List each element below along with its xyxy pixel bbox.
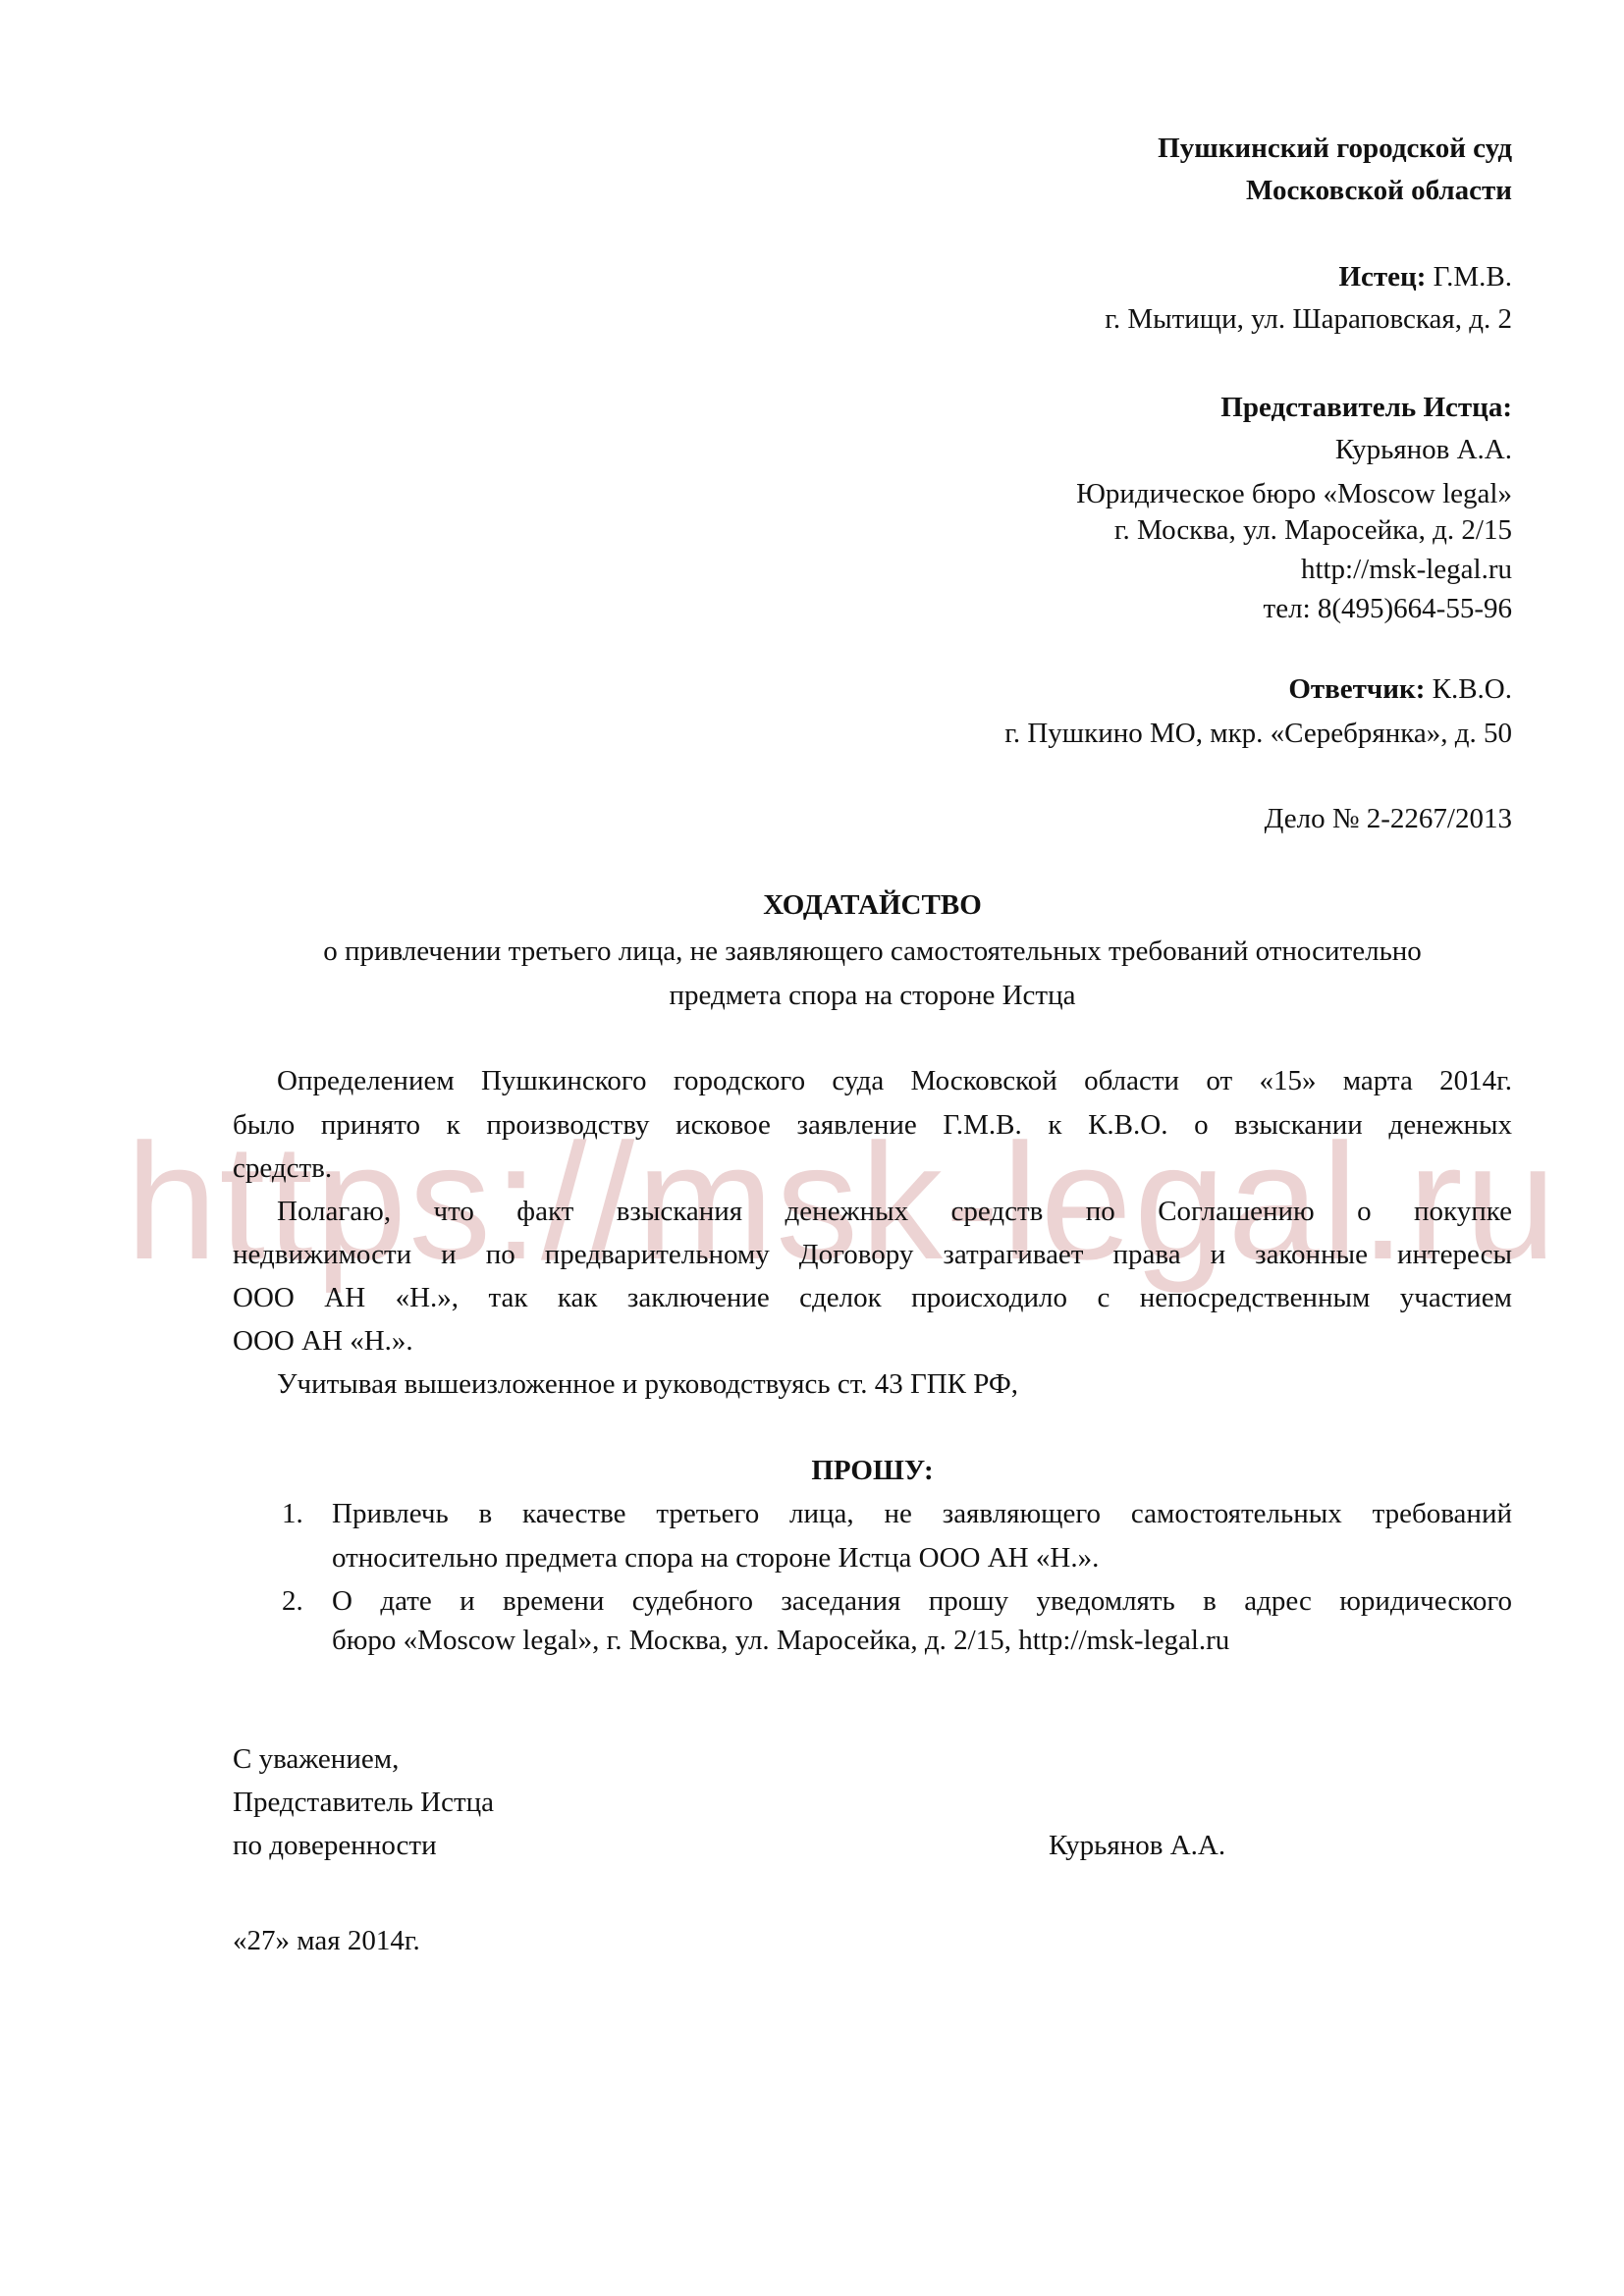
document-title: ХОДАТАЙСТВО [233, 891, 1512, 920]
request-heading: ПРОШУ: [233, 1457, 1512, 1485]
defendant-name: К.В.О. [1433, 673, 1512, 705]
plaintiff-address: г. Мытищи, ул. Шараповская, д. 2 [1105, 305, 1512, 334]
request-item-1-number: 1. [282, 1500, 303, 1528]
signature-closing: С уважением, [233, 1745, 399, 1774]
request-item-2-line-2: бюро «Moscow legal», г. Москва, ул. Маро… [332, 1627, 1512, 1655]
court-name-line-1: Пушкинский городской суд [1158, 134, 1512, 163]
request-item-2-line-1: О дате и времени судебного заседания про… [332, 1587, 1512, 1616]
defendant-address: г. Пушкино МО, мкр. «Серебрянка», д. 50 [1004, 720, 1512, 748]
case-number: Дело № 2-2267/2013 [1265, 805, 1512, 833]
representative-address: г. Москва, ул. Маросейка, д. 2/15 [1114, 516, 1512, 545]
paragraph-2-line-4: ООО АН «Н.». [233, 1327, 1512, 1356]
paragraph-1-line-2: было принято к производству исковое заяв… [233, 1111, 1512, 1140]
defendant-label: Ответчик: [1288, 673, 1425, 705]
paragraph-2-line-3: ООО АН «Н.», так как заключение сделок п… [233, 1284, 1512, 1312]
court-name-line-2: Московской области [1246, 177, 1512, 205]
document-page: Пушкинский городской суд Московской обла… [0, 0, 1624, 2296]
document-subtitle-line-1: о привлечении третьего лица, не заявляющ… [233, 937, 1512, 966]
request-item-1-line-2: относительно предмета спора на стороне И… [332, 1544, 1512, 1573]
representative-website: http://msk-legal.ru [1301, 556, 1512, 584]
representative-firm: Юридическое бюро «Moscow legal» [1076, 480, 1512, 508]
plaintiff-label: Истец: [1338, 261, 1426, 293]
representative-name: Курьянов А.А. [1335, 436, 1512, 464]
plaintiff-line: Истец: Г.М.В. [1338, 263, 1512, 292]
representative-label: Представитель Истца: [1220, 394, 1512, 422]
signature-role: Представитель Истца [233, 1789, 494, 1817]
paragraph-3: Учитывая вышеизложенное и руководствуясь… [233, 1370, 1512, 1399]
defendant-line: Ответчик: К.В.О. [1288, 675, 1512, 704]
request-item-1-line-1: Привлечь в качестве третьего лица, не за… [332, 1500, 1512, 1528]
paragraph-2-line-2: недвижимости и по предварительному Догов… [233, 1241, 1512, 1269]
request-item-2-number: 2. [282, 1587, 303, 1616]
signature-basis: по доверенности [233, 1832, 437, 1860]
paragraph-1-line-1: Определением Пушкинского городского суда… [233, 1067, 1512, 1095]
representative-phone: тел: 8(495)664-55-96 [1264, 595, 1512, 623]
paragraph-2-line-1: Полагаю, что факт взыскания денежных сре… [233, 1198, 1512, 1226]
signature-date: «27» мая 2014г. [233, 1927, 420, 1955]
document-subtitle-line-2: предмета спора на стороне Истца [233, 982, 1512, 1010]
signature-name: Курьянов А.А. [1049, 1832, 1225, 1860]
paragraph-1-line-3: средств. [233, 1154, 1512, 1183]
plaintiff-name: Г.М.В. [1434, 261, 1512, 293]
